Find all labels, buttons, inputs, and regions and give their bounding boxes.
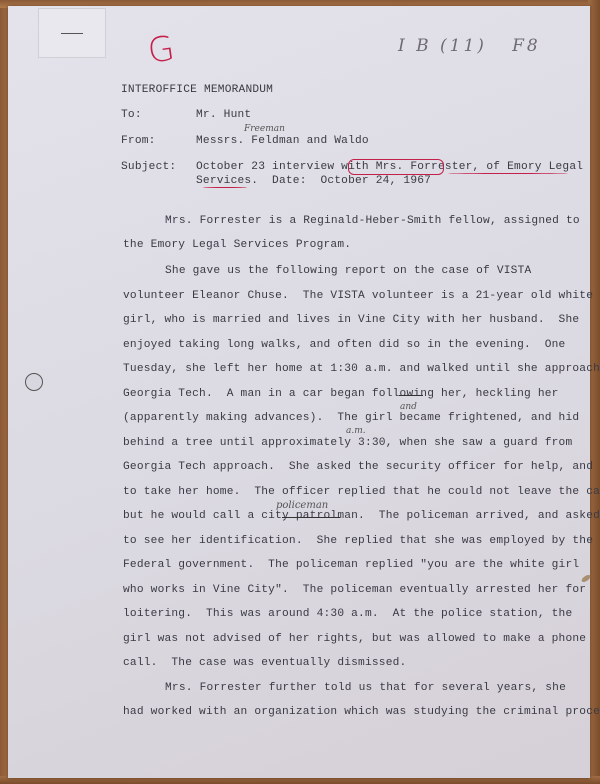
body-line: She gave us the following report on the … [165, 265, 531, 277]
handwritten-file-reference: I B (11) F8 [398, 36, 541, 56]
from-annotation: Freeman [244, 124, 285, 134]
red-underline-services [203, 187, 247, 188]
body-line: behind a tree until approximately 3:30, … [123, 437, 572, 449]
body-line: to take her home. The officer replied th… [123, 486, 600, 498]
body-line: volunteer Eleanor Chuse. The VISTA volun… [123, 290, 593, 302]
body-line: but he would call a city patrolman. The … [123, 510, 600, 522]
body-line: who works in Vine City". The policeman e… [123, 584, 586, 596]
to-label: To: [121, 109, 142, 121]
body-line: Mrs. Forrester further told us that for … [165, 682, 566, 694]
memo-page: G I B (11) F8 INTEROFFICE MEMORANDUM To:… [8, 6, 590, 778]
body-line: loitering. This was around 4:30 a.m. At … [123, 608, 572, 620]
to-value: Mr. Hunt [196, 109, 251, 121]
body-line: Georgia Tech approach. She asked the sec… [123, 461, 593, 473]
body-line: Georgia Tech. A man in a car began follo… [123, 388, 559, 400]
sticky-note-dash [61, 33, 83, 34]
body-line: to see her identification. She replied t… [123, 535, 593, 547]
body-line: girl, who is married and lives in Vine C… [123, 314, 579, 326]
body-line: girl was not advised of her rights, but … [123, 633, 586, 645]
strikethrough-her [399, 395, 423, 396]
strikethrough-patrolman [282, 517, 340, 518]
body-line: the Emory Legal Services Program. [123, 239, 351, 251]
body-line: Federal government. The policeman replie… [123, 559, 579, 571]
body-line: enjoyed taking long walks, and often did… [123, 339, 565, 351]
subject-label: Subject: [121, 161, 176, 173]
body-line: had worked with an organization which wa… [123, 706, 600, 718]
handwritten-circled-letter: G [145, 28, 177, 71]
punch-hole [25, 373, 43, 391]
memo-heading: INTEROFFICE MEMORANDUM [121, 84, 273, 96]
body-line: Tuesday, she left her home at 1:30 a.m. … [123, 363, 600, 375]
sticky-note [38, 8, 106, 58]
from-value: Messrs. Feldman and Waldo [196, 135, 369, 147]
from-label: From: [121, 135, 156, 147]
am-annotation: a.m. [346, 426, 366, 436]
body-line: (apparently making advances). The girl b… [123, 412, 579, 424]
red-circle-mrs-forrester [348, 159, 444, 175]
body-line: call. The case was eventually dismissed. [123, 657, 406, 669]
stain-mark [580, 574, 591, 584]
her-correction-annotation: and [400, 402, 417, 412]
subject-line-2: Services. Date: October 24, 1967 [196, 175, 431, 187]
body-line: Mrs. Forrester is a Reginald-Heber-Smith… [165, 215, 580, 227]
red-underline-emory-legal [448, 173, 568, 174]
